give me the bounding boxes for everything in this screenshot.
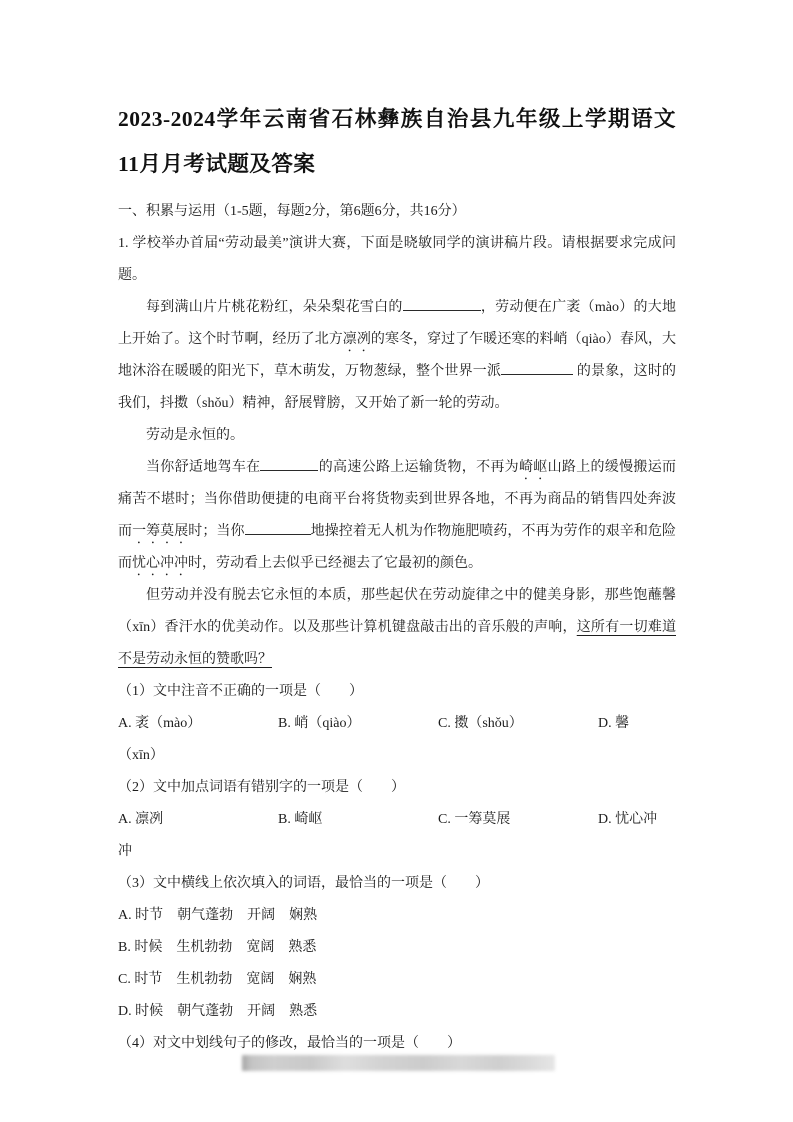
fill-in-blank (245, 520, 311, 535)
document-body: 一、积累与运用（1-5题，每题2分，第6题6分，共16分）1. 学校举办首届“劳… (118, 196, 676, 1060)
paragraph: 每到满山片片桃花粉红，朵朵梨花雪白的，劳动便在广袤（mào）的大地上开始了。这个… (118, 292, 676, 420)
paragraph: 但劳动并没有脱去它永恒的本质，那些起伏在劳动旋律之中的健美身影，那些饱蘸馨（xī… (118, 580, 676, 676)
option-line: A. 时节 朝气蓬勃 开阔 娴熟 (118, 900, 676, 932)
option-choice: B. 峭（qiào） (278, 708, 438, 740)
fill-in-blank (403, 296, 481, 311)
emphasized-term: 忧心冲冲 (132, 556, 188, 571)
option-choice: A. 凛冽 (118, 804, 278, 836)
text-run: 时；当你 (188, 524, 244, 539)
option-choice: D. 馨 (598, 708, 676, 740)
option-choice: B. 崎岖 (278, 804, 438, 836)
text-run: 当你舒适地驾车在 (146, 460, 260, 475)
paragraph: （xīn） (118, 740, 676, 772)
fill-in-blank (501, 360, 573, 375)
question-text: （1）文中注音不正确的一项是（ ） (118, 676, 676, 708)
option-line: B. 时候 生机勃勃 宽阔 熟悉 (118, 932, 676, 964)
fill-in-blank (260, 456, 318, 471)
paragraph: 1. 学校举办首届“劳动最美”演讲大赛，下面是晓敏同学的演讲稿片段。请根据要求完… (118, 228, 676, 292)
option-choice: C. 一筹莫展 (438, 804, 598, 836)
emphasized-term: 一筹莫展 (132, 524, 188, 539)
option-line: D. 时候 朝气蓬勃 开阔 熟悉 (118, 996, 676, 1028)
options-row: A. 凛冽B. 崎岖C. 一筹莫展D. 忧心冲 (118, 804, 676, 836)
options-row: A. 袤（mào）B. 峭（qiào）C. 擞（shǒu）D. 馨 (118, 708, 676, 740)
paragraph: 当你舒适地驾车在的高速公路上运输货物，不再为崎岖山路上的缓慢搬运而痛苦不堪时；当… (118, 452, 676, 580)
emphasized-term: 崎岖 (519, 460, 548, 475)
paragraph: 劳动是永恒的。 (118, 420, 676, 452)
text-run: 时，劳动看上去似乎已经褪去了它最初的颜色。 (188, 556, 482, 571)
option-choice: C. 擞（shǒu） (438, 708, 598, 740)
paragraph: 冲 (118, 836, 676, 868)
emphasized-term: 凛冽 (343, 332, 371, 347)
option-choice: D. 忧心冲 (598, 804, 676, 836)
exam-title: 2023-2024学年云南省石林彝族自治县九年级上学期语文11月月考试题及答案 (118, 97, 676, 187)
text-run: 的高速公路上运输货物，不再为 (318, 460, 519, 475)
text-run: 每到满山片片桃花粉红，朵朵梨花雪白的 (146, 300, 403, 315)
question-text: （2）文中加点词语有错别字的一项是（ ） (118, 772, 676, 804)
exam-document: 2023-2024学年云南省石林彝族自治县九年级上学期语文11月月考试题及答案 … (0, 0, 793, 1060)
option-choice: A. 袤（mào） (118, 708, 278, 740)
question-text: （3）文中横线上依次填入的词语，最恰当的一项是（ ） (118, 868, 676, 900)
watermark-bar (242, 1055, 555, 1071)
section-header: 一、积累与运用（1-5题，每题2分，第6题6分，共16分） (118, 196, 676, 228)
option-line: C. 时节 生机勃勃 宽阔 娴熟 (118, 964, 676, 996)
